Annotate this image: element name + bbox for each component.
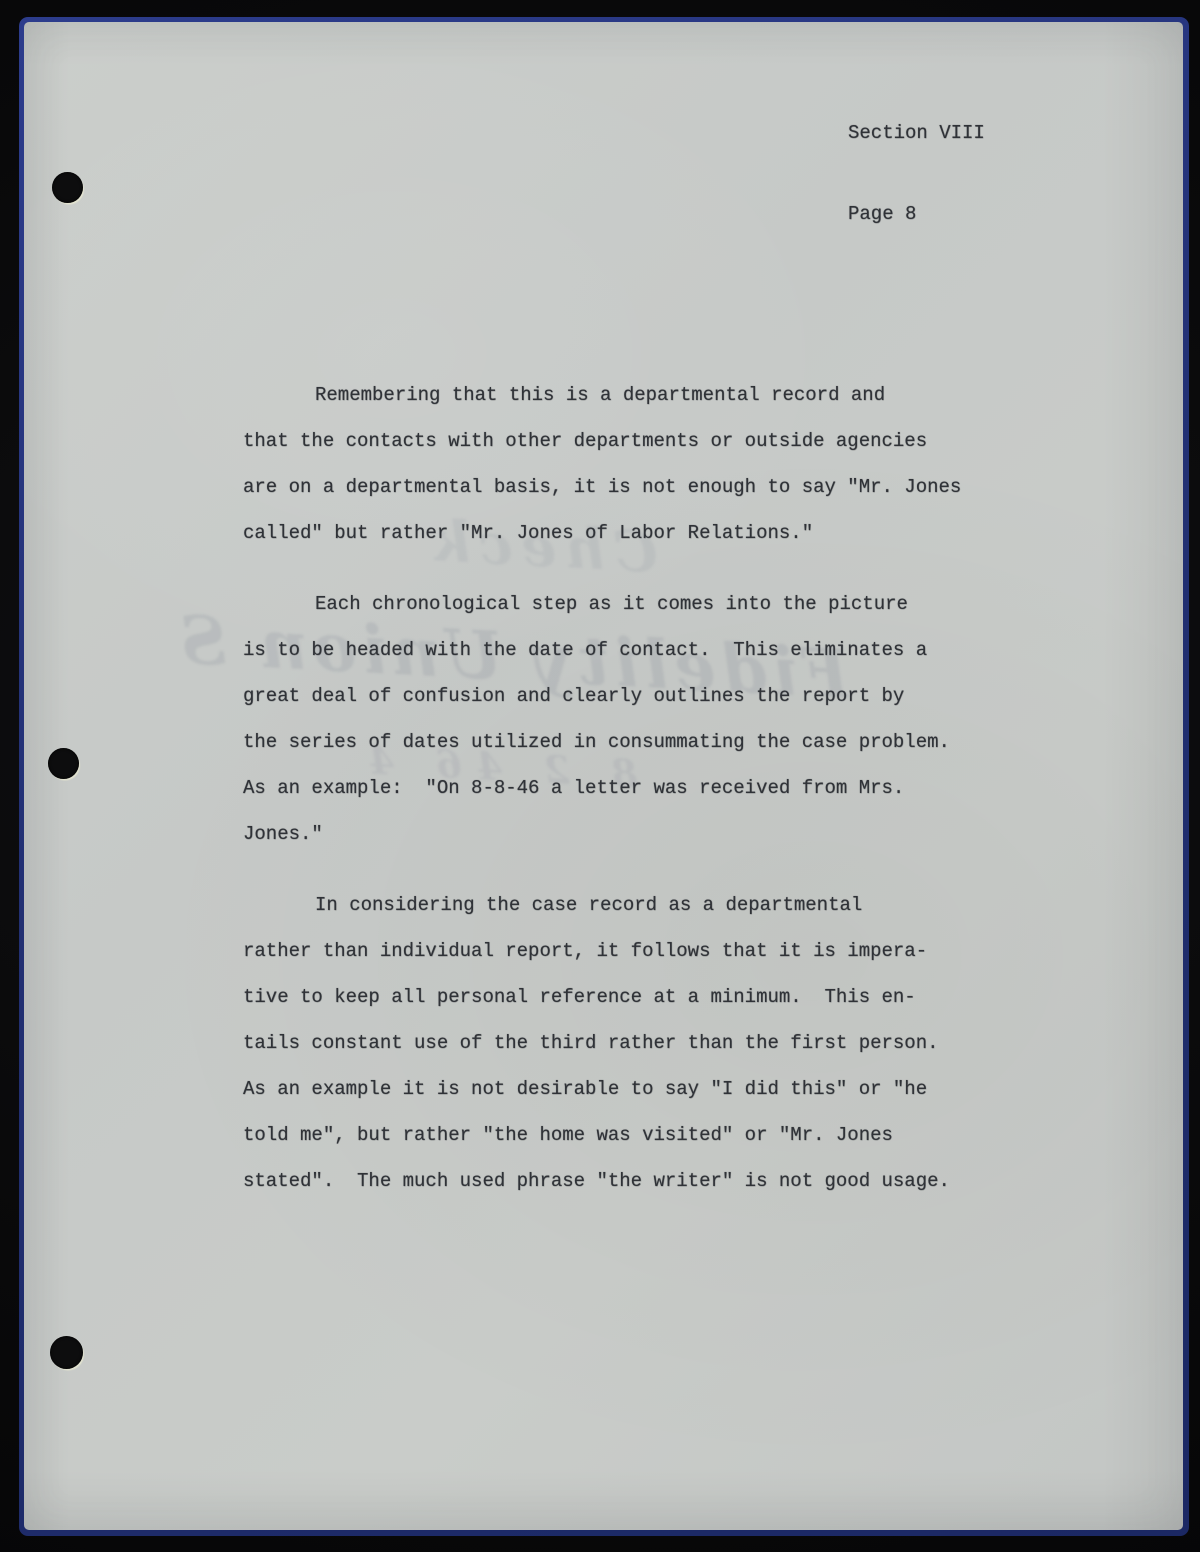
document-page: Check Fidelity Union S 8 2 46 4 Section … — [24, 22, 1183, 1530]
text-line: In considering the case record as a depa… — [243, 882, 1003, 928]
text-line: the series of dates utilized in consumma… — [243, 719, 1003, 765]
text-line: told me", but rather "the home was visit… — [243, 1112, 1003, 1158]
text-line: Remembering that this is a departmental … — [243, 372, 1003, 418]
punch-hole-middle — [48, 748, 79, 779]
page-header: Section VIII Page 8 — [848, 66, 985, 282]
punch-hole-top — [52, 172, 83, 203]
paragraph-2: Each chronological step as it comes into… — [243, 581, 1003, 857]
text-line: Jones." — [243, 811, 1003, 857]
text-line: great deal of confusion and clearly outl… — [243, 673, 1003, 719]
text-line: tails constant use of the third rather t… — [243, 1020, 1003, 1066]
text-line: As an example: "On 8-8-46 a letter was r… — [243, 765, 1003, 811]
text-line: tive to keep all personal reference at a… — [243, 974, 1003, 1020]
punch-hole-bottom — [50, 1336, 83, 1369]
section-label: Section VIII — [848, 120, 985, 147]
scanner-background: Check Fidelity Union S 8 2 46 4 Section … — [0, 0, 1200, 1552]
page-number-label: Page 8 — [848, 201, 985, 228]
text-line: called" but rather "Mr. Jones of Labor R… — [243, 510, 1003, 556]
text-line: Each chronological step as it comes into… — [243, 581, 1003, 627]
text-line: stated". The much used phrase "the write… — [243, 1158, 1003, 1204]
text-line: rather than individual report, it follow… — [243, 928, 1003, 974]
text-line: is to be headed with the date of contact… — [243, 627, 1003, 673]
text-line: As an example it is not desirable to say… — [243, 1066, 1003, 1112]
paragraph-3: In considering the case record as a depa… — [243, 882, 1003, 1204]
typed-text-body: Remembering that this is a departmental … — [243, 372, 1003, 1204]
text-line: that the contacts with other departments… — [243, 418, 1003, 464]
text-line: are on a departmental basis, it is not e… — [243, 464, 1003, 510]
paragraph-1: Remembering that this is a departmental … — [243, 372, 1003, 556]
